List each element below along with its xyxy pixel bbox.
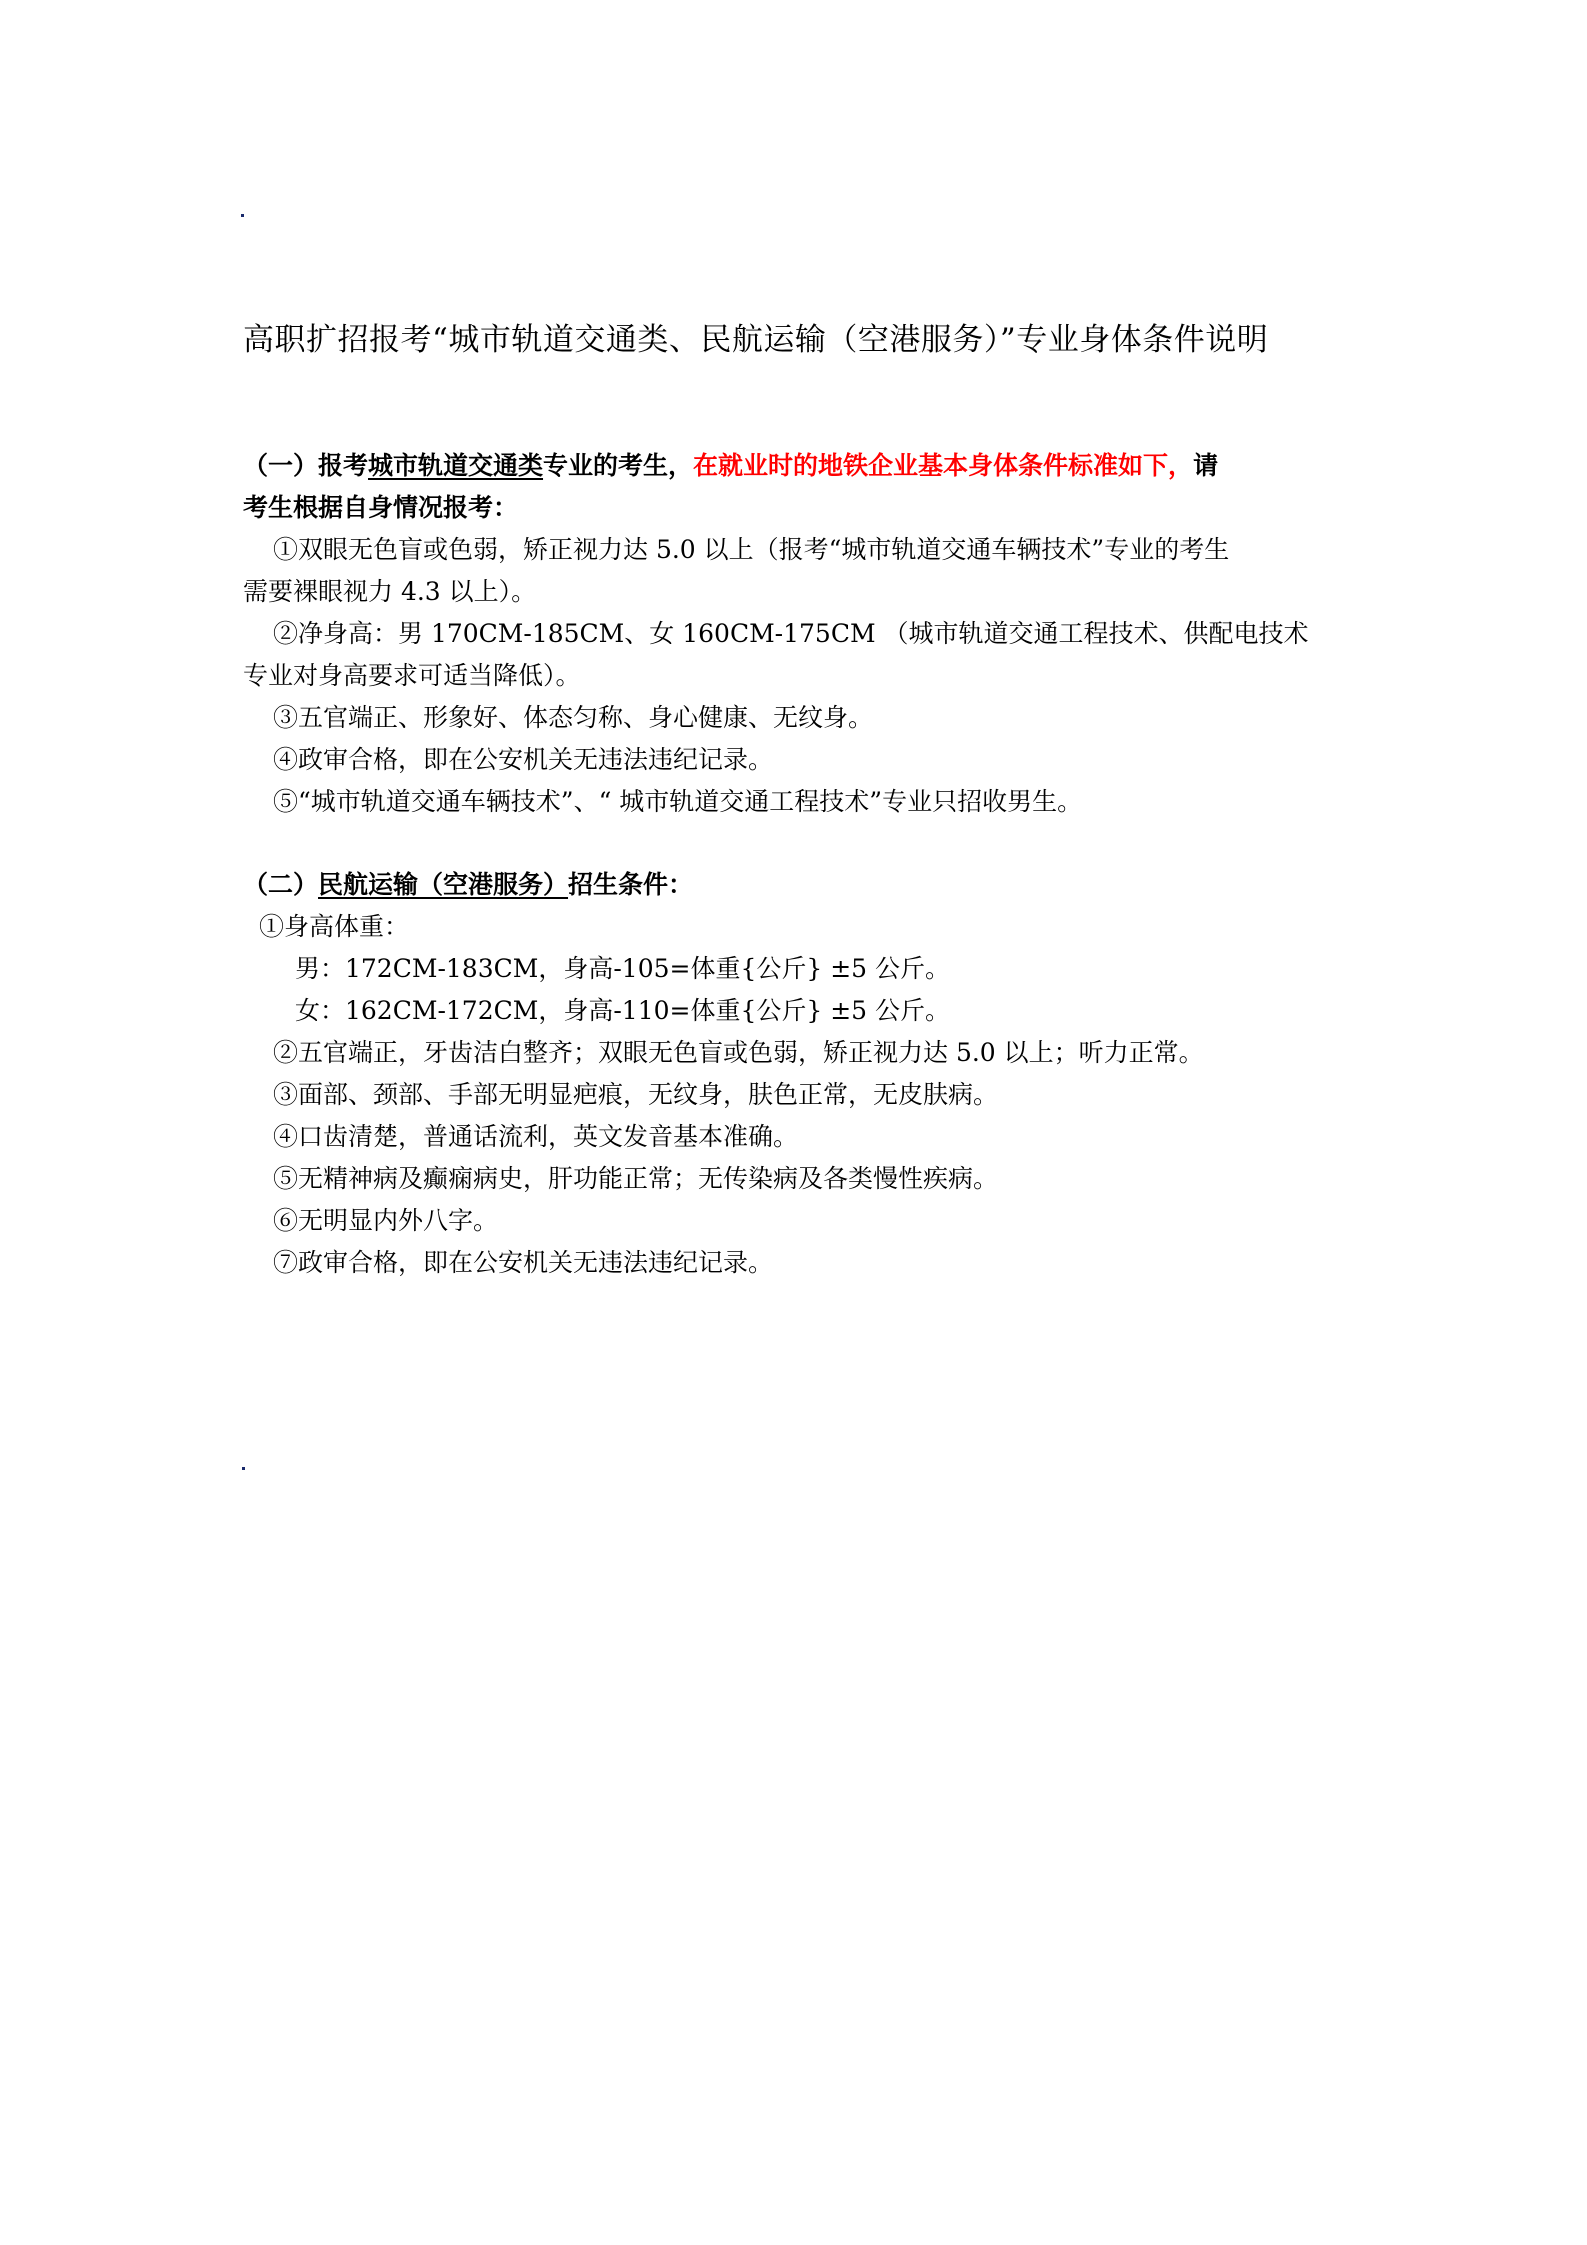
heading-prefix: （一）报考 bbox=[243, 451, 368, 480]
heading-major-underlined: 城市轨道交通类 bbox=[368, 451, 543, 480]
section-heading-rail-transit: （一）报考城市轨道交通类专业的考生，在就业时的地铁企业基本身体条件标准如下，请 bbox=[243, 445, 1363, 487]
page-corner-marker-top bbox=[241, 214, 244, 217]
aviation-item-1-male: 男：172CM-183CM，身高-105=体重{公斤} ±5 公斤。 bbox=[243, 948, 1363, 990]
document-title: 高职扩招报考“城市轨道交通类、民航运输（空港服务）”专业身体条件说明 bbox=[243, 320, 1268, 360]
aviation-item-3: ③面部、颈部、手部无明显疤痕，无纹身，肤色正常，无皮肤病。 bbox=[243, 1074, 1363, 1116]
aviation-item-2: ②五官端正，牙齿洁白整齐；双眼无色盲或色弱，矫正视力达 5.0 以上；听力正常。 bbox=[243, 1032, 1363, 1074]
heading-prefix: （二） bbox=[243, 870, 318, 899]
section-civil-aviation: （二）民航运输（空港服务）招生条件： ①身高体重： 男：172CM-183CM，… bbox=[243, 864, 1363, 1284]
heading-suffix: 请 bbox=[1193, 451, 1218, 480]
rail-item-1-line2: 需要裸眼视力 4.3 以上）。 bbox=[243, 571, 1363, 613]
heading-major-underlined: 民航运输（空港服务） bbox=[318, 870, 568, 899]
rail-item-5: ⑤“城市轨道交通车辆技术”、“ 城市轨道交通工程技术”专业只招收男生。 bbox=[243, 781, 1363, 823]
rail-item-3: ③五官端正、形象好、体态匀称、身心健康、无纹身。 bbox=[243, 697, 1363, 739]
aviation-item-4: ④口齿清楚，普通话流利，英文发音基本准确。 bbox=[243, 1116, 1363, 1158]
heading-red-notice: 在就业时的地铁企业基本身体条件标准如下， bbox=[693, 451, 1193, 480]
aviation-item-1-female: 女：162CM-172CM，身高-110=体重{公斤} ±5 公斤。 bbox=[243, 990, 1363, 1032]
section-heading-civil-aviation: （二）民航运输（空港服务）招生条件： bbox=[243, 864, 1363, 906]
rail-item-1-line1: ①双眼无色盲或色弱，矫正视力达 5.0 以上（报考“城市轨道交通车辆技术”专业的… bbox=[243, 529, 1363, 571]
aviation-item-5: ⑤无精神病及癫痫病史，肝功能正常；无传染病及各类慢性疾病。 bbox=[243, 1158, 1363, 1200]
aviation-item-1: ①身高体重： bbox=[243, 906, 1363, 948]
rail-item-4: ④政审合格，即在公安机关无违法违纪记录。 bbox=[243, 739, 1363, 781]
section-heading-rail-transit-line2: 考生根据自身情况报考： bbox=[243, 487, 1363, 529]
rail-item-2-line2: 专业对身高要求可适当降低）。 bbox=[243, 655, 1363, 697]
section-rail-transit: （一）报考城市轨道交通类专业的考生，在就业时的地铁企业基本身体条件标准如下，请 … bbox=[243, 445, 1363, 823]
rail-item-2-line1: ②净身高：男 170CM-185CM、女 160CM-175CM （城市轨道交通… bbox=[243, 613, 1363, 655]
heading-mid: 专业的考生， bbox=[543, 451, 693, 480]
document-page: 高职扩招报考“城市轨道交通类、民航运输（空港服务）”专业身体条件说明 （一）报考… bbox=[0, 0, 1587, 2245]
aviation-item-7: ⑦政审合格，即在公安机关无违法违纪记录。 bbox=[243, 1242, 1363, 1284]
aviation-item-6: ⑥无明显内外八字。 bbox=[243, 1200, 1363, 1242]
page-corner-marker-bottom bbox=[242, 1467, 245, 1470]
heading-suffix: 招生条件： bbox=[568, 870, 693, 899]
